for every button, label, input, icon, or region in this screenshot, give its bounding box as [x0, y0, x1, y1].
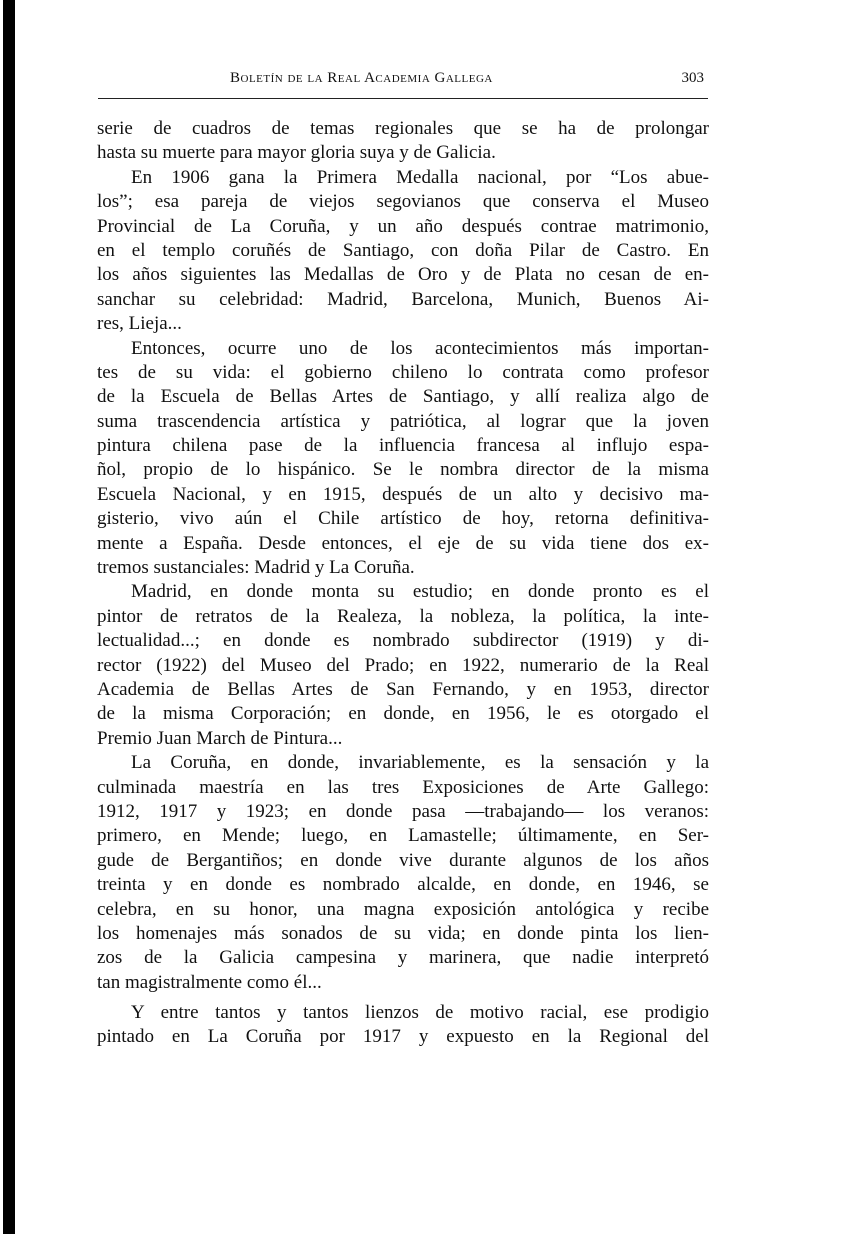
paragraph: serie de cuadros de temas regionales que… — [97, 117, 709, 166]
text-line: res, Lieja... — [97, 312, 709, 336]
text-line: Premio Juan March de Pintura... — [97, 727, 709, 751]
text-line: celebra, en su honor, una magna exposici… — [97, 898, 709, 922]
text-line: zos de la Galicia campesina y marinera, … — [97, 946, 709, 970]
text-line: pintor de retratos de la Realeza, la nob… — [97, 605, 709, 629]
text-line: treinta y en donde es nombrado alcalde, … — [97, 873, 709, 897]
text-line: Provincial de La Coruña, y un año despué… — [97, 215, 709, 239]
text-line: tan magistralmente como él... — [97, 971, 709, 995]
text-line: gude de Bergantiños; en donde vive duran… — [97, 849, 709, 873]
text-line: tremos sustanciales: Madrid y La Coruña. — [97, 556, 709, 580]
text-line: Academia de Bellas Artes de San Fernando… — [97, 678, 709, 702]
text-line: pintado en La Coruña por 1917 y expuesto… — [97, 1025, 709, 1049]
text-line: de la misma Corporación; en donde, en 19… — [97, 702, 709, 726]
text-line: Entonces, ocurre uno de los acontecimien… — [97, 337, 709, 361]
running-head: Boletín de la Real Academia Gallega 303 — [98, 68, 708, 94]
text-line: primero, en Mende; luego, en Lamastelle;… — [97, 824, 709, 848]
text-line: los”; esa pareja de viejos segovianos qu… — [97, 190, 709, 214]
body-text: serie de cuadros de temas regionales que… — [97, 117, 709, 1050]
scan-edge-shadow-inner — [12, 200, 15, 1234]
text-line: La Coruña, en donde, invariablemente, es… — [97, 751, 709, 775]
text-line: sanchar su celebridad: Madrid, Barcelona… — [97, 288, 709, 312]
text-line: los homenajes más sonados de su vida; en… — [97, 922, 709, 946]
paragraph: Y entre tantos y tantos lienzos de motiv… — [97, 1001, 709, 1050]
text-line: Madrid, en donde monta su estudio; en do… — [97, 580, 709, 604]
paragraph: La Coruña, en donde, invariablemente, es… — [97, 751, 709, 995]
text-line: suma trascendencia artística y patriótic… — [97, 410, 709, 434]
paragraph: En 1906 gana la Primera Medalla nacional… — [97, 166, 709, 337]
text-line: hasta su muerte para mayor gloria suya y… — [97, 141, 709, 165]
text-line: mente a España. Desde entonces, el eje d… — [97, 532, 709, 556]
text-line: de la Escuela de Bellas Artes de Santiag… — [97, 385, 709, 409]
text-line: En 1906 gana la Primera Medalla nacional… — [97, 166, 709, 190]
text-line: pintura chilena pase de la influencia fr… — [97, 434, 709, 458]
text-line: Y entre tantos y tantos lienzos de motiv… — [97, 1001, 709, 1025]
text-line: en el templo coruñés de Santiago, con do… — [97, 239, 709, 263]
text-line: ñol, propio de lo hispánico. Se le nombr… — [97, 458, 709, 482]
text-line: gisterio, vivo aún el Chile artístico de… — [97, 507, 709, 531]
text-line: serie de cuadros de temas regionales que… — [97, 117, 709, 141]
page-number: 303 — [682, 70, 705, 87]
paragraph: Madrid, en donde monta su estudio; en do… — [97, 580, 709, 751]
header-rule — [98, 98, 708, 99]
text-line: Escuela Nacional, y en 1915, después de … — [97, 483, 709, 507]
paragraph: Entonces, ocurre uno de los acontecimien… — [97, 337, 709, 581]
text-line: 1912, 1917 y 1923; en donde pasa —trabaj… — [97, 800, 709, 824]
text-line: rector (1922) del Museo del Prado; en 19… — [97, 654, 709, 678]
running-title: Boletín de la Real Academia Gallega — [230, 70, 493, 87]
text-line: culminada maestría en las tres Exposicio… — [97, 776, 709, 800]
text-line: los años siguientes las Medallas de Oro … — [97, 263, 709, 287]
text-line: tes de su vida: el gobierno chileno lo c… — [97, 361, 709, 385]
text-line: lectualidad...; en donde es nombrado sub… — [97, 629, 709, 653]
